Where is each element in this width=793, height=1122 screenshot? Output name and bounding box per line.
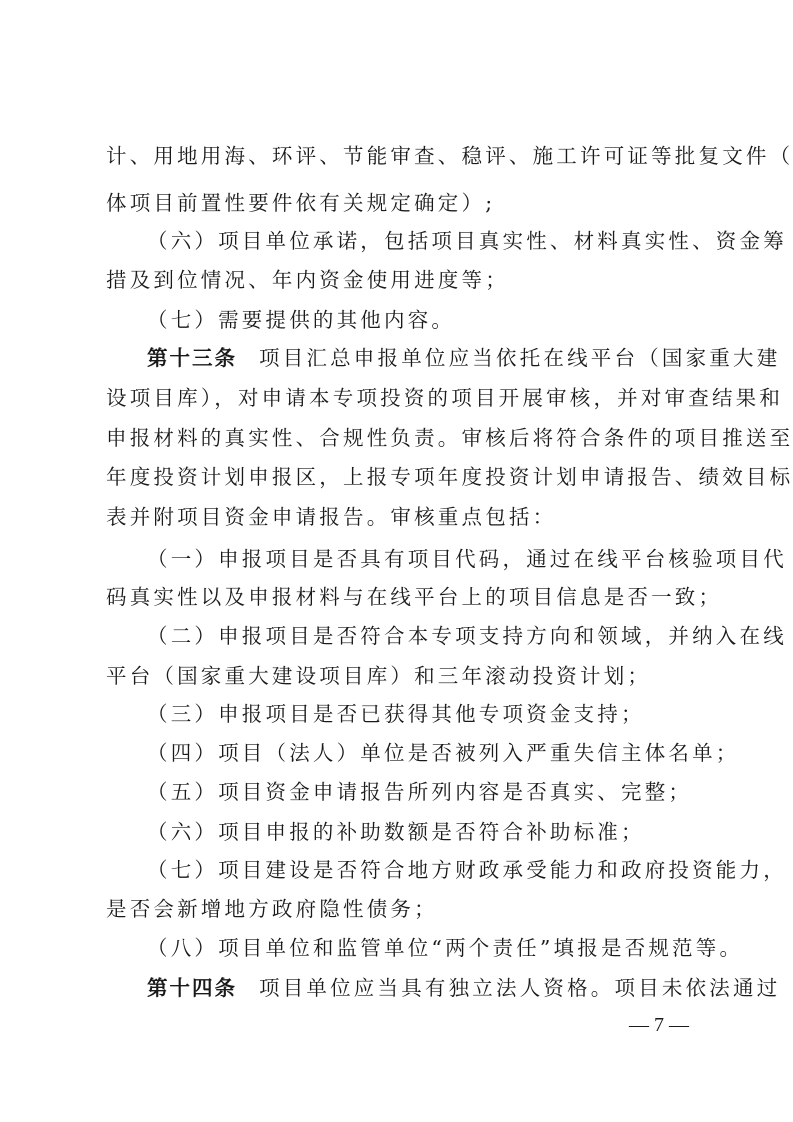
text-line: 是否会新增地方政府隐性债务； (106, 897, 691, 921)
article-13-line: 第十三条项目汇总申报单位应当依托在线平台（国家重大建 (147, 346, 732, 370)
text-line: （五）项目资金申请报告所列内容是否真实、完整； (147, 780, 732, 804)
text-line: （一）申报项目是否具有项目代码，通过在线平台核验项目代 (147, 547, 732, 571)
text-line: 平台（国家重大建设项目库）和三年滚动投资计划； (106, 664, 691, 688)
text-line: （六）项目申报的补助数额是否符合补助标准； (147, 820, 732, 844)
text-line: （二）申报项目是否符合本专项支持方向和领域，并纳入在线 (147, 624, 732, 648)
text-line: 码真实性以及申报材料与在线平台上的项目信息是否一致； (106, 585, 691, 609)
document-page: 计、用地用海、环评、节能审查、稳评、施工许可证等批复文件（具 体项目前置性要件依… (0, 0, 793, 1122)
text-line: （七）项目建设是否符合地方财政承受能力和政府投资能力， (147, 858, 732, 882)
text-line: （四）项目（法人）单位是否被列入严重失信主体名单； (147, 741, 732, 765)
article-14-line: 第十四条项目单位应当具有独立法人资格。项目未依法通过 (147, 976, 732, 1000)
text-line: （六）项目单位承诺，包括项目真实性、材料真实性、资金筹 (147, 229, 732, 253)
page-number: — 7 — (629, 1014, 689, 1037)
text-line: 年度投资计划申报区，上报专项年度投资计划申请报告、绩效目标 (106, 465, 691, 489)
text-line: 申报材料的真实性、合规性负责。审核后将符合条件的项目推送至 (106, 426, 691, 450)
article-heading: 第十三条 (147, 346, 237, 370)
text-line: 计、用地用海、环评、节能审查、稳评、施工许可证等批复文件（具 (106, 144, 691, 168)
text-line: 设项目库），对申请本专项投资的项目开展审核，并对审查结果和 (106, 386, 691, 410)
article-text: 项目汇总申报单位应当依托在线平台（国家重大建 (259, 346, 780, 370)
text-line: （七）需要提供的其他内容。 (147, 308, 732, 332)
text-line: （三）申报项目是否已获得其他专项资金支持； (147, 702, 732, 726)
text-line: （八）项目单位和监管单位“两个责任”填报是否规范等。 (147, 936, 732, 960)
text-line: 体项目前置性要件依有关规定确定）; (106, 191, 691, 215)
text-line: 措及到位情况、年内资金使用进度等； (106, 268, 691, 292)
text-line: 表并附项目资金申请报告。审核重点包括： (106, 505, 691, 529)
article-heading: 第十四条 (147, 976, 237, 1000)
article-text: 项目单位应当具有独立法人资格。项目未依法通过 (259, 976, 780, 1000)
